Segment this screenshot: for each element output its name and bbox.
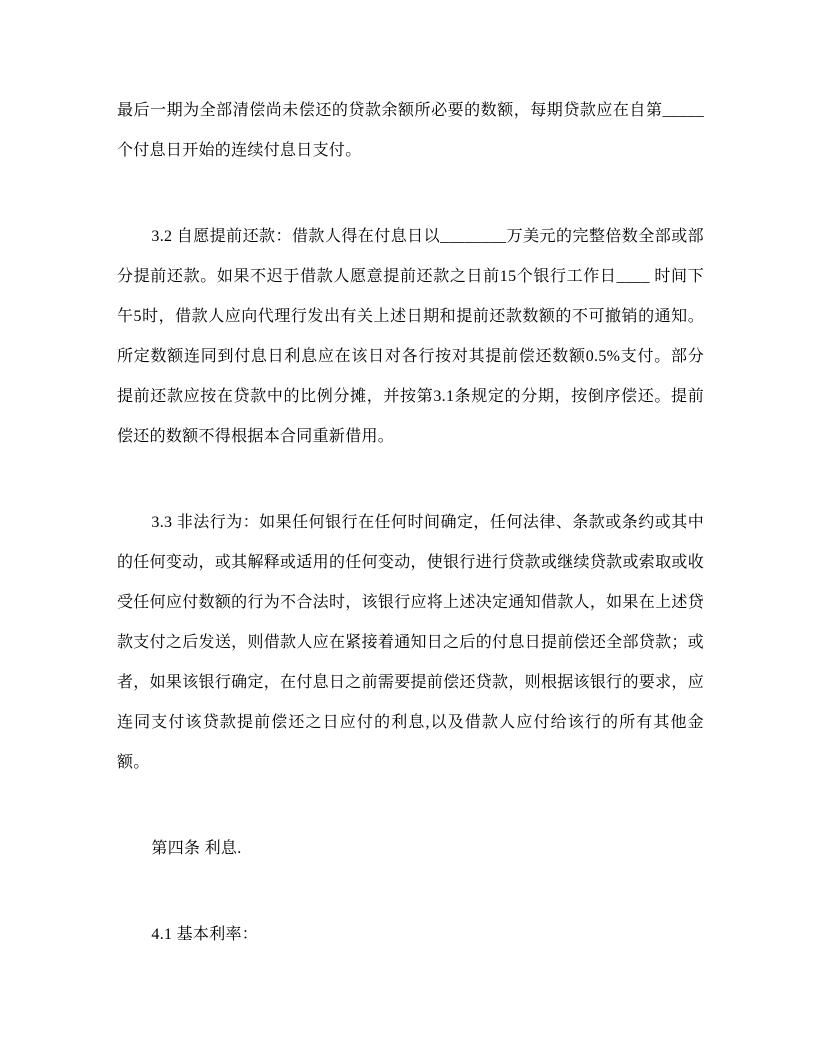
paragraph-clause-3-2-voluntary-prepayment: 3.2 自愿提前还款：借款人得在付息日以________万美元的完整倍数全部或部… (117, 217, 704, 457)
paragraph-clause-3-3-illegality: 3.3 非法行为：如果任何银行在任何时间确定，任何法律、条款或条约或其中的任何变… (117, 503, 704, 783)
paragraph-clause-3-1-continuation: 最后一期为全部清偿尚未偿还的贷款余额所必要的数额，每期贷款应在自第_____个付… (117, 91, 704, 171)
document-page: 最后一期为全部清偿尚未偿还的贷款余额所必要的数额，每期贷款应在自第_____个付… (0, 0, 816, 1056)
heading-article-4-interest: 第四条 利息. (117, 829, 704, 869)
heading-clause-4-1-base-rate: 4.1 基本利率： (117, 915, 704, 955)
